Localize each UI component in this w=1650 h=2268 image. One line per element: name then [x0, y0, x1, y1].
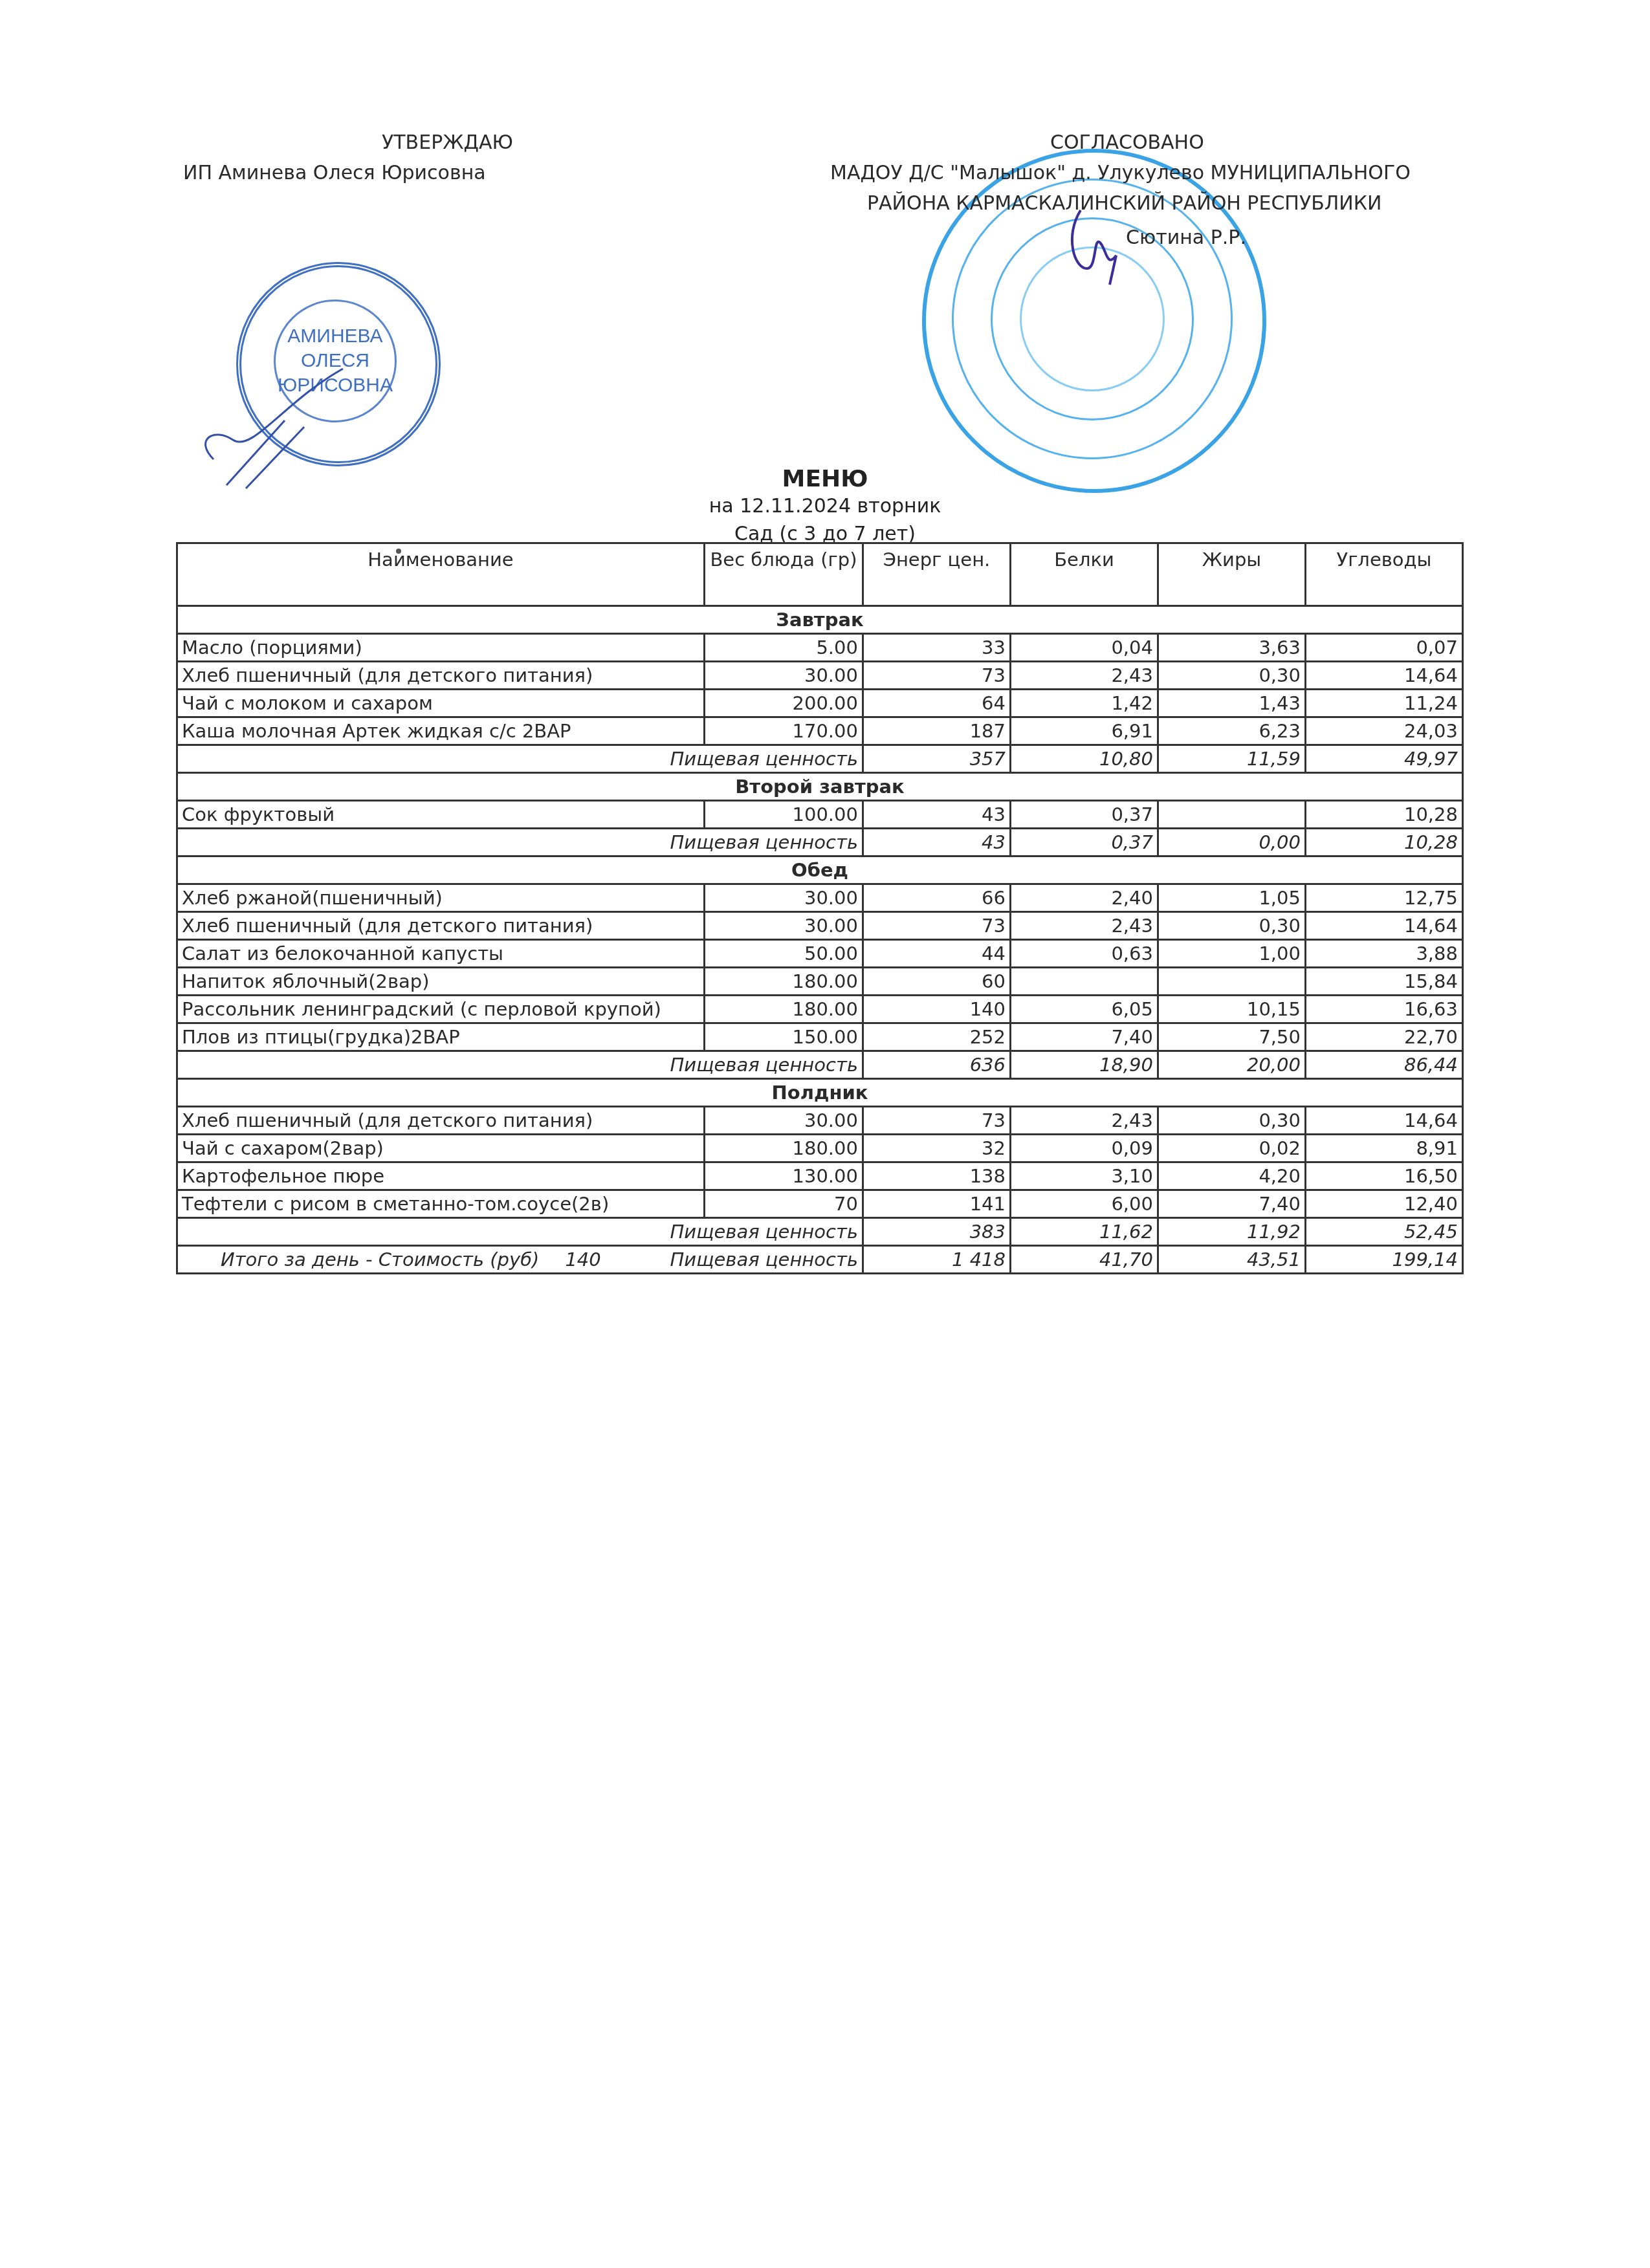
- dish-protein: 2,43: [1011, 662, 1158, 690]
- dish-weight: 130.00: [705, 1162, 863, 1190]
- dish-weight: 70: [705, 1190, 863, 1218]
- subtotal-row: Пищевая ценность38311,6211,9252,45: [177, 1218, 1463, 1246]
- dish-fat: 10,15: [1158, 996, 1306, 1023]
- dish-fat: 1,00: [1158, 940, 1306, 968]
- table-row: Хлеб ржаной(пшеничный)30.00662,401,0512,…: [177, 884, 1463, 912]
- table-row: Хлеб пшеничный (для детского питания)30.…: [177, 1107, 1463, 1135]
- dish-name: Хлеб ржаной(пшеничный): [177, 884, 705, 912]
- dish-carbs: 0,07: [1306, 634, 1463, 662]
- dish-energy: 73: [863, 1107, 1011, 1135]
- dish-carbs: 14,64: [1306, 1107, 1463, 1135]
- dish-weight: 30.00: [705, 662, 863, 690]
- dish-fat: 0,30: [1158, 662, 1306, 690]
- dish-carbs: 12,40: [1306, 1190, 1463, 1218]
- subtotal-protein: 18,90: [1011, 1051, 1158, 1079]
- dish-fat: [1158, 801, 1306, 829]
- dish-energy: 43: [863, 801, 1011, 829]
- column-header-name: Наименование: [177, 543, 705, 606]
- subtotal-label: Пищевая ценность: [177, 745, 863, 773]
- agreed-signatory: Сютина Р.Р.: [1126, 226, 1246, 250]
- dish-energy: 73: [863, 912, 1011, 940]
- dish-energy: 73: [863, 662, 1011, 690]
- dish-carbs: 15,84: [1306, 968, 1463, 996]
- dish-protein: 3,10: [1011, 1162, 1158, 1190]
- dish-carbs: 22,70: [1306, 1023, 1463, 1051]
- dish-energy: 64: [863, 690, 1011, 717]
- dish-name: Тефтели с рисом в сметанно-том.соусе(2в): [177, 1190, 705, 1218]
- subtotal-carbs: 10,28: [1306, 829, 1463, 856]
- subtotal-label: Пищевая ценность: [177, 1218, 863, 1246]
- section-header-row: Второй завтрак: [177, 773, 1463, 801]
- dish-protein: 0,04: [1011, 634, 1158, 662]
- dish-fat: 6,23: [1158, 717, 1306, 745]
- dish-carbs: 16,63: [1306, 996, 1463, 1023]
- section-header-row: Обед: [177, 856, 1463, 884]
- agreed-organization-line1: МАДОУ Д/С "Малышок" д. Улукулево МУНИЦИП…: [830, 162, 1411, 185]
- dish-name: Хлеб пшеничный (для детского питания): [177, 662, 705, 690]
- dish-name: Сок фруктовый: [177, 801, 705, 829]
- daily-total-label: Итого за день - Стоимость (руб)140: [182, 1248, 601, 1271]
- dish-energy: 32: [863, 1135, 1011, 1162]
- dish-weight: 180.00: [705, 1135, 863, 1162]
- table-row: Салат из белокочанной капусты50.00440,63…: [177, 940, 1463, 968]
- section-header-row: Полдник: [177, 1079, 1463, 1107]
- dish-fat: 0,30: [1158, 912, 1306, 940]
- table-row: Хлеб пшеничный (для детского питания)30.…: [177, 912, 1463, 940]
- subtotal-protein: 10,80: [1011, 745, 1158, 773]
- column-header-protein: Белки: [1011, 543, 1158, 606]
- dish-carbs: 24,03: [1306, 717, 1463, 745]
- daily-total-label-cell: Итого за день - Стоимость (руб)140Пищева…: [177, 1246, 863, 1274]
- dish-fat: 4,20: [1158, 1162, 1306, 1190]
- total-fat: 43,51: [1158, 1246, 1306, 1274]
- column-header-fat: Жиры: [1158, 543, 1306, 606]
- dish-name: Напиток яблочный(2вар): [177, 968, 705, 996]
- subtotal-energy: 383: [863, 1218, 1011, 1246]
- dish-name: Салат из белокочанной капусты: [177, 940, 705, 968]
- subtotal-label: Пищевая ценность: [177, 829, 863, 856]
- total-energy: 1 418: [863, 1246, 1011, 1274]
- section-title: Полдник: [177, 1079, 1463, 1107]
- table-row: Чай с молоком и сахаром200.00641,421,431…: [177, 690, 1463, 717]
- document-title: МЕНЮ: [0, 466, 1650, 492]
- subtotal-protein: 0,37: [1011, 829, 1158, 856]
- daily-cost: 140: [565, 1248, 600, 1270]
- agreed-organization-line2: РАЙОНА КАРМАСКАЛИНСКИЙ РАЙОН РЕСПУБЛИКИ: [867, 192, 1382, 215]
- subtotal-energy: 357: [863, 745, 1011, 773]
- dish-name: Хлеб пшеничный (для детского питания): [177, 1107, 705, 1135]
- dish-name: Картофельное пюре: [177, 1162, 705, 1190]
- dish-fat: 1,43: [1158, 690, 1306, 717]
- subtotal-fat: 11,59: [1158, 745, 1306, 773]
- table-row: Сок фруктовый100.00430,3710,28: [177, 801, 1463, 829]
- dish-weight: 30.00: [705, 912, 863, 940]
- subtotal-fat: 20,00: [1158, 1051, 1306, 1079]
- dish-protein: 0,37: [1011, 801, 1158, 829]
- dish-fat: 0,02: [1158, 1135, 1306, 1162]
- subtotal-fat: 0,00: [1158, 829, 1306, 856]
- dish-energy: 60: [863, 968, 1011, 996]
- stamp-line: АМИНЕВА: [287, 324, 382, 349]
- dish-protein: 2,43: [1011, 1107, 1158, 1135]
- dish-weight: 180.00: [705, 968, 863, 996]
- dish-name: Чай с молоком и сахаром: [177, 690, 705, 717]
- dish-protein: 6,91: [1011, 717, 1158, 745]
- column-header-carbs: Углеводы: [1306, 543, 1463, 606]
- column-header-energy: Энерг цен.: [863, 543, 1011, 606]
- dish-protein: 2,43: [1011, 912, 1158, 940]
- dish-name: Хлеб пшеничный (для детского питания): [177, 912, 705, 940]
- dish-weight: 170.00: [705, 717, 863, 745]
- subtotal-energy: 636: [863, 1051, 1011, 1079]
- total-protein: 41,70: [1011, 1246, 1158, 1274]
- dish-weight: 30.00: [705, 884, 863, 912]
- subtotal-row: Пищевая ценность430,370,0010,28: [177, 829, 1463, 856]
- subtotal-carbs: 86,44: [1306, 1051, 1463, 1079]
- dish-carbs: 3,88: [1306, 940, 1463, 968]
- dish-energy: 252: [863, 1023, 1011, 1051]
- dish-protein: 1,42: [1011, 690, 1158, 717]
- dish-carbs: 11,24: [1306, 690, 1463, 717]
- subtotal-row: Пищевая ценность63618,9020,0086,44: [177, 1051, 1463, 1079]
- table-row: Рассольник ленинградский (с перловой кру…: [177, 996, 1463, 1023]
- dish-weight: 150.00: [705, 1023, 863, 1051]
- subtotal-energy: 43: [863, 829, 1011, 856]
- dish-protein: 2,40: [1011, 884, 1158, 912]
- dish-weight: 30.00: [705, 1107, 863, 1135]
- dish-weight: 5.00: [705, 634, 863, 662]
- subtotal-protein: 11,62: [1011, 1218, 1158, 1246]
- subtotal-row: Пищевая ценность35710,8011,5949,97: [177, 745, 1463, 773]
- dish-fat: 0,30: [1158, 1107, 1306, 1135]
- dish-fat: 3,63: [1158, 634, 1306, 662]
- dish-weight: 200.00: [705, 690, 863, 717]
- dish-carbs: 8,91: [1306, 1135, 1463, 1162]
- table-header-row: Наименование Вес блюда (гр) Энерг цен. Б…: [177, 543, 1463, 606]
- dish-protein: 6,05: [1011, 996, 1158, 1023]
- dish-carbs: 16,50: [1306, 1162, 1463, 1190]
- approve-title: УТВЕРЖДАЮ: [382, 131, 513, 155]
- section-title: Обед: [177, 856, 1463, 884]
- dish-energy: 141: [863, 1190, 1011, 1218]
- dish-name: Чай с сахаром(2вар): [177, 1135, 705, 1162]
- total-carbs: 199,14: [1306, 1246, 1463, 1274]
- dish-name: Рассольник ленинградский (с перловой кру…: [177, 996, 705, 1023]
- subtotal-carbs: 52,45: [1306, 1218, 1463, 1246]
- section-header-row: Завтрак: [177, 606, 1463, 634]
- dish-fat: 1,05: [1158, 884, 1306, 912]
- daily-total-text: Итого за день - Стоимость (руб): [221, 1248, 539, 1270]
- dish-weight: 50.00: [705, 940, 863, 968]
- table-row: Напиток яблочный(2вар)180.006015,84: [177, 968, 1463, 996]
- subtotal-carbs: 49,97: [1306, 745, 1463, 773]
- table-row: Хлеб пшеничный (для детского питания)30.…: [177, 662, 1463, 690]
- menu-table: Наименование Вес блюда (гр) Энерг цен. Б…: [176, 542, 1464, 1274]
- dish-name: Плов из птицы(грудка)2ВАР: [177, 1023, 705, 1051]
- dish-carbs: 14,64: [1306, 912, 1463, 940]
- subtotal-label: Пищевая ценность: [177, 1051, 863, 1079]
- dish-weight: 100.00: [705, 801, 863, 829]
- table-row: Картофельное пюре130.001383,104,2016,50: [177, 1162, 1463, 1190]
- dish-weight: 180.00: [705, 996, 863, 1023]
- approver-name: ИП Аминева Олеся Юрисовна: [183, 162, 486, 185]
- table-row: Масло (порциями)5.00330,043,630,07: [177, 634, 1463, 662]
- dish-energy: 187: [863, 717, 1011, 745]
- dish-fat: 7,50: [1158, 1023, 1306, 1051]
- daily-total-value-label: Пищевая ценность: [670, 1248, 858, 1270]
- dish-carbs: 14,64: [1306, 662, 1463, 690]
- table-row: Плов из птицы(грудка)2ВАР150.002527,407,…: [177, 1023, 1463, 1051]
- dish-fat: 7,40: [1158, 1190, 1306, 1218]
- agreed-title: СОГЛАСОВАНО: [1050, 131, 1204, 155]
- dish-name: Каша молочная Артек жидкая с/с 2ВАР: [177, 717, 705, 745]
- scan-speck: [396, 549, 401, 554]
- dish-fat: [1158, 968, 1306, 996]
- column-header-weight: Вес блюда (гр): [705, 543, 863, 606]
- dish-carbs: 12,75: [1306, 884, 1463, 912]
- dish-protein: 0,63: [1011, 940, 1158, 968]
- section-title: Второй завтрак: [177, 773, 1463, 801]
- table-row: Тефтели с рисом в сметанно-том.соусе(2в)…: [177, 1190, 1463, 1218]
- dish-energy: 138: [863, 1162, 1011, 1190]
- dish-energy: 66: [863, 884, 1011, 912]
- daily-total-row: Итого за день - Стоимость (руб)140Пищева…: [177, 1246, 1463, 1274]
- dish-name: Масло (порциями): [177, 634, 705, 662]
- dish-protein: 6,00: [1011, 1190, 1158, 1218]
- dish-carbs: 10,28: [1306, 801, 1463, 829]
- table-row: Чай с сахаром(2вар)180.00320,090,028,91: [177, 1135, 1463, 1162]
- dish-protein: 0,09: [1011, 1135, 1158, 1162]
- subtotal-fat: 11,92: [1158, 1218, 1306, 1246]
- section-title: Завтрак: [177, 606, 1463, 634]
- dish-protein: [1011, 968, 1158, 996]
- document-date: на 12.11.2024 вторник: [0, 495, 1650, 518]
- dish-protein: 7,40: [1011, 1023, 1158, 1051]
- table-row: Каша молочная Артек жидкая с/с 2ВАР170.0…: [177, 717, 1463, 745]
- dish-energy: 33: [863, 634, 1011, 662]
- dish-energy: 44: [863, 940, 1011, 968]
- dish-energy: 140: [863, 996, 1011, 1023]
